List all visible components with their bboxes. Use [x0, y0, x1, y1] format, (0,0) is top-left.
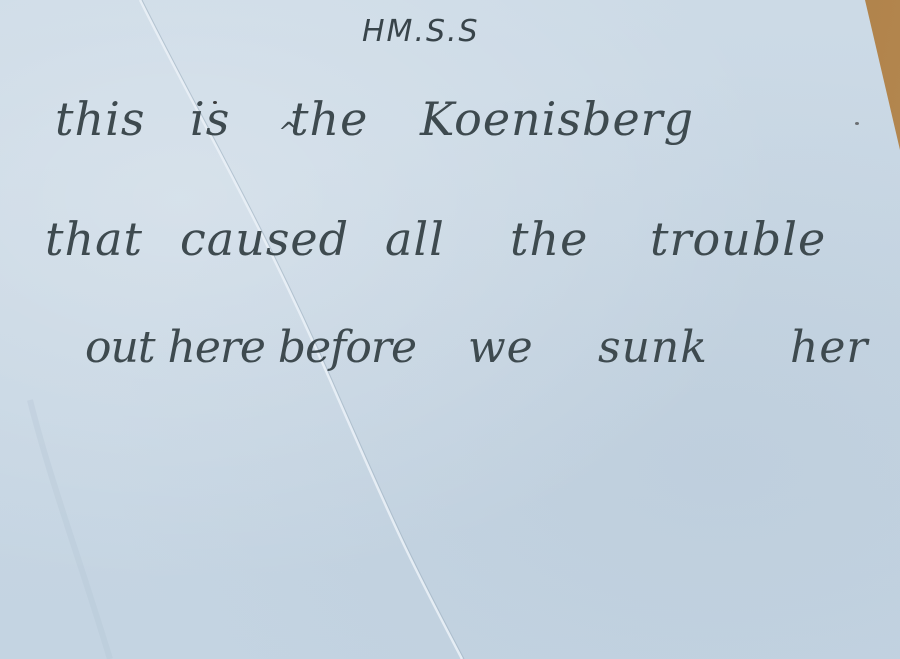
header-mark: HM.S.S — [362, 14, 480, 49]
word: this — [55, 92, 145, 146]
word: trouble — [650, 212, 826, 266]
insertion-caret-mark: ^ — [278, 118, 300, 148]
ink-speck — [855, 122, 859, 125]
word: we — [468, 322, 534, 373]
word: is — [190, 92, 230, 146]
word: the — [510, 212, 588, 266]
paper-sheet: HM.S.S this is the Koenisberg ^ that cau… — [0, 0, 900, 659]
word: out here before — [85, 322, 416, 373]
word: the — [290, 92, 368, 146]
word: caused — [180, 212, 349, 266]
word: all — [385, 212, 445, 266]
word: Koenisberg — [420, 92, 694, 146]
word: that — [45, 212, 143, 266]
word: her — [790, 322, 868, 373]
word: sunk — [598, 322, 708, 373]
